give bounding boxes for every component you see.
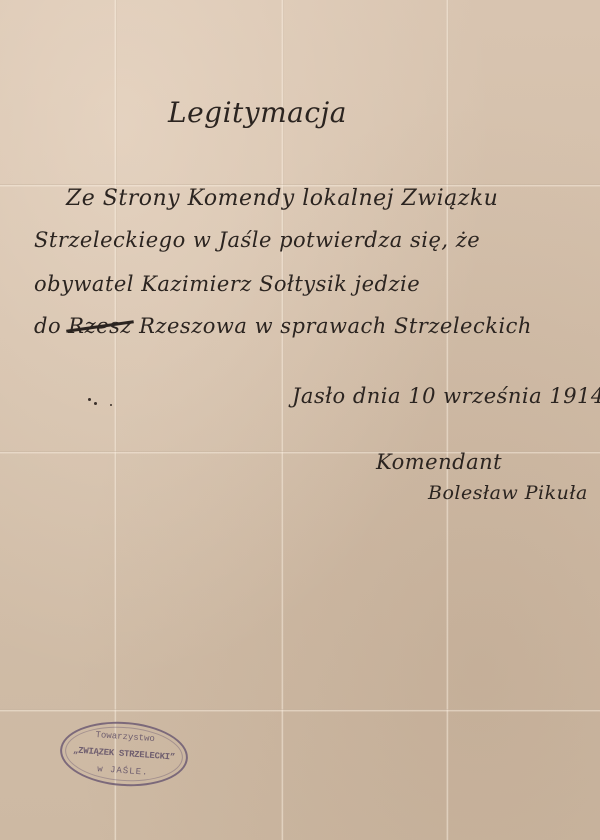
body-line-4: do Rzesz Rzeszowa w sprawach Strzeleckic…: [34, 314, 532, 338]
body-line-2: Strzeleckiego w Jaśle potwierdza się, że: [34, 228, 480, 252]
signature: Bolesław Pikuła: [428, 482, 588, 504]
body-line-4-rest: Rzeszowa w sprawach Strzeleckich: [139, 314, 532, 338]
struck-out-word: Rzesz: [68, 314, 132, 338]
fold-line-horizontal: [0, 451, 600, 454]
ink-speck: [94, 402, 97, 405]
oval-stamp: Towarzystwo „ZWIĄZEK STRZELECKI” w JAŚLE…: [58, 718, 190, 791]
body-line-3: obywatel Kazimierz Sołtysik jedzie: [34, 272, 420, 296]
body-line-4-prefix: do: [34, 314, 61, 338]
place-and-date: Jasło dnia 10 września 1914: [292, 384, 600, 408]
ink-speck: [88, 398, 91, 401]
body-line-1: Ze Strony Komendy lokalnej Związku: [66, 186, 498, 211]
signatory-role: Komendant: [376, 450, 502, 474]
ink-speck: [110, 404, 112, 406]
fold-line-vertical: [446, 0, 449, 840]
fold-line-horizontal: [0, 709, 600, 712]
document-title: Legitymacja: [168, 96, 347, 129]
fold-line-vertical: [114, 0, 117, 840]
document-page: Legitymacja Ze Strony Komendy lokalnej Z…: [0, 0, 600, 840]
